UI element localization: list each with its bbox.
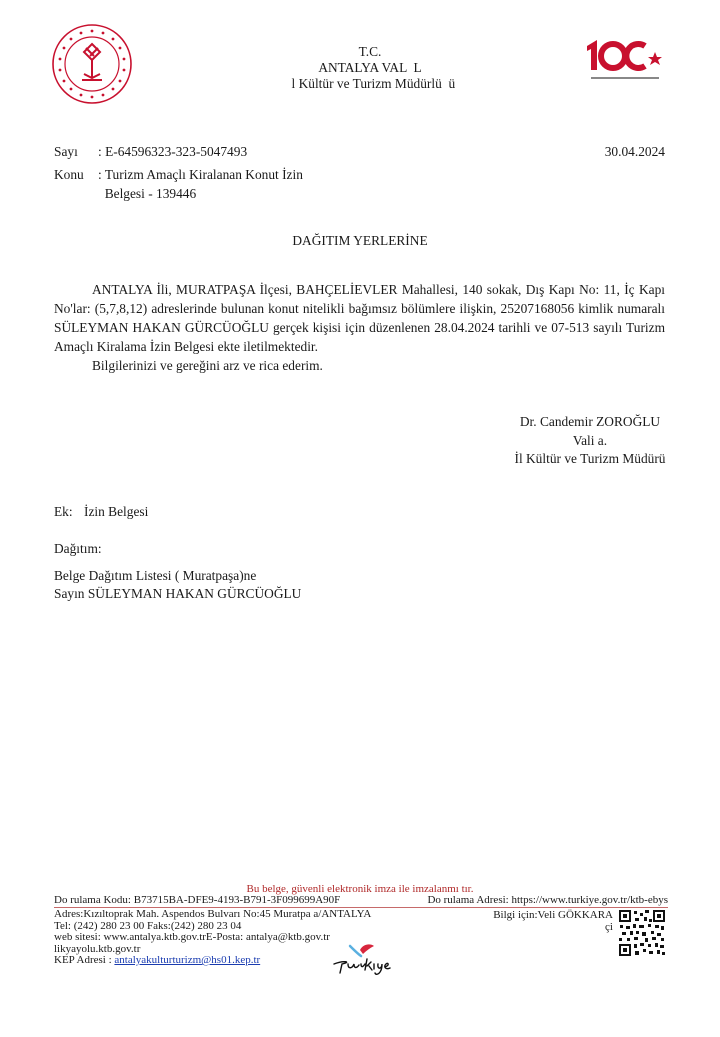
signatory-role-2: İl Kültür ve Turizm Müdürü — [450, 450, 720, 469]
kep-link[interactable]: antalyakulturturizm@hs01.kep.tr — [114, 954, 260, 966]
body-paragraph-2: Bilgilerinizi ve gereğini arz ve rica ed… — [54, 356, 665, 375]
header-tc: T.C. — [240, 44, 500, 60]
verification-code: Do rulama Kodu: B73715BA-DFE9-4193-B791-… — [54, 894, 340, 906]
turkiye-brand-logo — [330, 942, 392, 978]
distribution-item: Belge Dağıtım Listesi ( Muratpaşa)ne — [54, 567, 301, 585]
institution-header: T.C. ANTALYA VAL L l Kültür ve Turizm Mü… — [240, 44, 500, 92]
distribution-item: Sayın SÜLEYMAN HAKAN GÜRCÜOĞLU — [54, 585, 301, 603]
attachment-value: İzin Belgesi — [84, 504, 148, 519]
footer-kep: KEP Adresi : antalyakulturturizm@hs01.ke… — [54, 955, 371, 967]
attachment-line: Ek:İzin Belgesi — [54, 503, 148, 521]
footer-contact: Adres:Kızıltoprak Mah. Aspendos Bulvarı … — [54, 909, 371, 967]
ministry-emblem-icon — [50, 22, 134, 106]
qr-code-icon[interactable] — [618, 909, 666, 957]
signatory-name: Dr. Candemir ZOROĞLU — [450, 413, 720, 432]
sayi-value: : E-64596323-323-5047493 — [98, 143, 247, 161]
konu-label: Konu — [54, 166, 84, 184]
turkiye-100-yil-logo — [583, 36, 669, 84]
body-paragraph-1: ANTALYA İli, MURATPAŞA İlçesi, BAHÇELİEV… — [54, 280, 665, 356]
sayi-label: Sayı — [54, 143, 78, 161]
letter-body: ANTALYA İli, MURATPAŞA İlçesi, BAHÇELİEV… — [54, 280, 665, 375]
info-contact-line2: çi — [470, 921, 613, 933]
info-contact: Bilgi için:Veli GÖKKARA çi — [470, 909, 613, 933]
distribution-list: Belge Dağıtım Listesi ( Muratpaşa)ne Say… — [54, 567, 301, 603]
verification-address[interactable]: Do rulama Adresi: https://www.turkiye.go… — [427, 894, 668, 906]
info-contact-line1: Bilgi için:Veli GÖKKARA — [470, 909, 613, 921]
distribution-label: Dağıtım: — [54, 540, 102, 558]
header-directorate: l Kültür ve Turizm Müdürlü ü — [240, 76, 500, 92]
konu-value-line2: Belgesi - 139446 — [98, 185, 196, 203]
footer-address: Adres:Kızıltoprak Mah. Aspendos Bulvarı … — [54, 909, 371, 921]
signature-block: Dr. Candemir ZOROĞLU Vali a. İl Kültür v… — [450, 413, 720, 469]
distribution-title: DAĞITIM YERLERİNE — [0, 233, 720, 249]
signatory-role-1: Vali a. — [450, 432, 720, 451]
attachment-label: Ek: — [54, 503, 84, 521]
document-date: 30.04.2024 — [605, 143, 665, 161]
footer-web: web sitesi: www.antalya.ktb.gov.trE-Post… — [54, 932, 371, 944]
konu-value-line1: : Turizm Amaçlı Kiralanan Konut İzin — [98, 166, 303, 184]
header-governorship: ANTALYA VAL L — [240, 60, 500, 76]
kep-label: KEP Adresi : — [54, 954, 114, 966]
